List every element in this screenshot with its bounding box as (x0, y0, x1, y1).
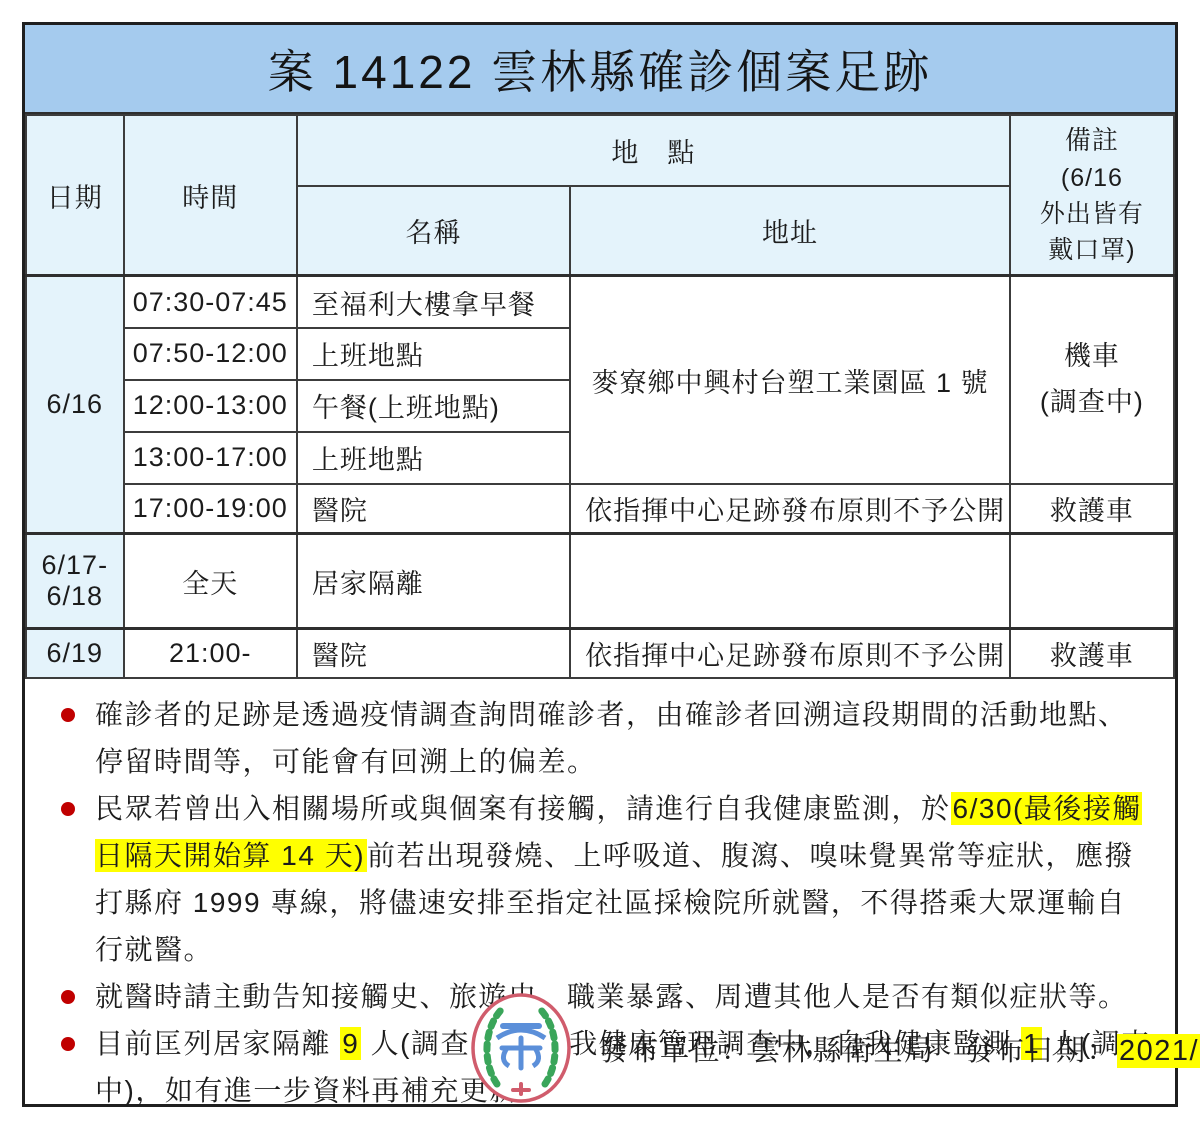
note-paragraph: 確診者的足跡是透過疫情調查詢問確診者，由確診者回溯這段期間的活動地點、停留時間等… (95, 691, 1151, 785)
col-header-date: 日期 (26, 115, 124, 276)
note-header-subtitle: (6/16 外出皆有 戴口罩) (1013, 160, 1171, 269)
remark-cell: 救護車 (1010, 629, 1174, 678)
address-cell: 依指揮中心足跡發布原則不予公開 (570, 484, 1010, 534)
footer: 發布單位：雲林縣衛生局發布日期：2021/6/21 (469, 992, 1200, 1104)
table-row: 6/16 07:30-07:45 至福利大樓拿早餐 麥寮鄉中興村台塑工業園區 1… (26, 276, 1174, 328)
time-cell: 17:00-19:00 (124, 484, 297, 534)
table-row: 17:00-19:00 醫院 依指揮中心足跡發布原則不予公開 救護車 (26, 484, 1174, 534)
table-row: 6/17- 6/18 全天 居家隔離 (26, 534, 1174, 629)
place-name-cell: 醫院 (297, 629, 570, 678)
note-paragraph: 民眾若曾出入相關場所或與個案有接觸，請進行自我健康監測，於6/30(最後接觸日隔… (95, 785, 1151, 973)
publish-date-value: 2021/6/21 (1117, 1034, 1200, 1068)
bullet-icon (61, 1037, 75, 1051)
time-cell: 12:00-13:00 (124, 380, 297, 432)
address-cell (570, 534, 1010, 629)
note-segment: 確診者的足跡是透過疫情調查詢問確診者，由確診者回溯這段期間的活動地點、停留時間等… (95, 699, 1128, 777)
note-header-title: 備註 (1013, 122, 1171, 160)
table-row: 6/19 21:00- 醫院 依指揮中心足跡發布原則不予公開 救護車 (26, 629, 1174, 678)
place-name-cell: 醫院 (297, 484, 570, 534)
yunlin-county-health-bureau-seal-icon (469, 992, 573, 1104)
note-segment: 民眾若曾出入相關場所或與個案有接觸，請進行自我健康監測，於 (95, 793, 951, 824)
place-name-cell: 午餐(上班地點) (297, 380, 570, 432)
bullet-icon (61, 990, 75, 1004)
col-header-location: 地 點 (297, 115, 1010, 186)
col-header-address: 地址 (570, 186, 1010, 276)
footprint-table: 日期 時間 地 點 備註 (6/16 外出皆有 戴口罩) 名稱 地址 6/16 … (25, 114, 1175, 679)
col-header-name: 名稱 (297, 186, 570, 276)
notice-document: 案 14122 雲林縣確診個案足跡 日期 時間 地 點 備註 (6/16 外出皆… (22, 22, 1178, 1107)
page-title: 案 14122 雲林縣確診個案足跡 (25, 25, 1175, 114)
time-cell: 13:00-17:00 (124, 432, 297, 484)
note-segment-highlighted: 9 (340, 1027, 361, 1060)
address-cell: 麥寮鄉中興村台塑工業園區 1 號 (570, 276, 1010, 484)
place-name-cell: 居家隔離 (297, 534, 570, 629)
publisher-label: 發布單位：雲林縣衛生局 (599, 1035, 935, 1067)
time-cell: 全天 (124, 534, 297, 629)
remark-cell: 機車 (調查中) (1010, 276, 1174, 484)
date-cell: 6/17- 6/18 (26, 534, 124, 629)
date-cell: 6/19 (26, 629, 124, 678)
address-cell: 依指揮中心足跡發布原則不予公開 (570, 629, 1010, 678)
time-cell: 21:00- (124, 629, 297, 678)
date-cell: 6/16 (26, 276, 124, 534)
bullet-icon (61, 708, 75, 722)
remark-cell: 救護車 (1010, 484, 1174, 534)
list-item: 確診者的足跡是透過疫情調查詢問確診者，由確診者回溯這段期間的活動地點、停留時間等… (59, 691, 1151, 785)
remark-cell (1010, 534, 1174, 629)
place-name-cell: 上班地點 (297, 328, 570, 380)
time-cell: 07:50-12:00 (124, 328, 297, 380)
col-header-time: 時間 (124, 115, 297, 276)
note-segment: 目前匡列居家隔離 (95, 1028, 340, 1059)
list-item: 民眾若曾出入相關場所或與個案有接觸，請進行自我健康監測，於6/30(最後接觸日隔… (59, 785, 1151, 973)
time-cell: 07:30-07:45 (124, 276, 297, 328)
bullet-icon (61, 802, 75, 816)
publish-date-label: 發布日期： (965, 1035, 1118, 1067)
place-name-cell: 至福利大樓拿早餐 (297, 276, 570, 328)
place-name-cell: 上班地點 (297, 432, 570, 484)
footer-text: 發布單位：雲林縣衛生局發布日期：2021/6/21 (599, 1028, 1200, 1069)
col-header-note: 備註 (6/16 外出皆有 戴口罩) (1010, 115, 1174, 276)
